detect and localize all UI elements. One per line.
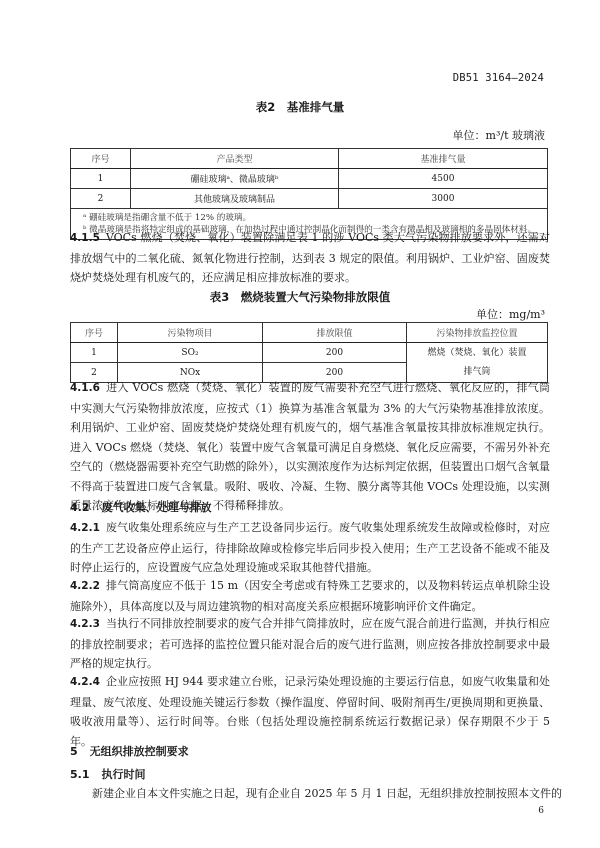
row-value: 4500 <box>339 169 548 189</box>
section-title: 执行时间 <box>102 768 146 781</box>
table3: 序号 污染物项目 排放限值 污染物排放监控位置 1 SO₂ 200 燃烧（焚烧、… <box>70 322 548 383</box>
table3-unit: 单位：mg/m³ <box>476 306 545 322</box>
row-monitor-location: 燃烧（焚烧、氧化）装置 排气筒 <box>407 343 548 383</box>
row-type: 其他玻璃及玻璃制品 <box>131 189 339 209</box>
document-id: DB51 3164—2024 <box>453 72 544 84</box>
paragraph-4-2-1: 4.2.1废气收集处理系统应与生产工艺设备同步运行。废气收集处理系统发生故障或检… <box>70 518 550 578</box>
row-no: 1 <box>71 169 131 189</box>
table3-col-no: 序号 <box>71 323 118 343</box>
clause-text: VOCs 燃烧（焚烧、氧化）装置除满足表 1 的涉 VOCs 类大气污染物排放要… <box>70 231 550 284</box>
table2-col-value: 基准排气量 <box>339 149 548 169</box>
clause-number: 4.1.6 <box>70 382 100 394</box>
table2-unit: 单位：m³/t 玻璃液 <box>453 127 545 143</box>
table-row: 1 SO₂ 200 燃烧（焚烧、氧化）装置 排气筒 <box>71 343 548 363</box>
table2-col-type: 产品类型 <box>131 149 339 169</box>
section-heading-4-2: 4.2废气收集、处理与排放 <box>70 499 212 515</box>
paragraph-4-1-6: 4.1.6进入 VOCs 燃烧（焚烧、氧化）装置的废气需要补充空气进行燃烧、氧化… <box>70 378 550 516</box>
row-limit: 200 <box>263 343 407 363</box>
section-heading-5: 5无组织排放控制要求 <box>70 743 189 759</box>
clause-number: 4.2.2 <box>70 580 100 592</box>
row-type: 硼硅玻璃ᵃ、微晶玻璃ᵇ <box>131 169 339 189</box>
table2-note-a: ᵃ 硼硅玻璃是指硼含量不低于 12% 的玻璃。 <box>83 212 541 224</box>
clause-text: 当执行不同排放控制要求的废气合并排气筒排放时，应在废气混合前进行监测，并执行相应… <box>70 617 550 670</box>
table3-col-item: 污染物项目 <box>118 323 263 343</box>
paragraph-4-2-3: 4.2.3当执行不同排放控制要求的废气合并排气筒排放时，应在废气混合前进行监测，… <box>70 614 550 674</box>
table2: 序号 产品类型 基准排气量 1 硼硅玻璃ᵃ、微晶玻璃ᵇ 4500 2 其他玻璃及… <box>70 148 548 240</box>
section-number: 4.2 <box>70 501 90 514</box>
table2-header-row: 序号 产品类型 基准排气量 <box>71 149 548 169</box>
page-number: 6 <box>538 806 544 816</box>
row-no: 1 <box>71 343 118 363</box>
row-item: SO₂ <box>118 343 263 363</box>
section-heading-5-1: 5.1执行时间 <box>70 766 146 782</box>
monitor-location-line1: 燃烧（焚烧、氧化）装置 <box>407 344 547 363</box>
table2-col-no: 序号 <box>71 149 131 169</box>
table3-title: 表3 燃烧装置大气污染物排放限值 <box>0 289 600 305</box>
paragraph-4-2-4: 4.2.4企业应按照 HJ 944 要求建立台账，记录污染处理设施的主要运行信息… <box>70 672 550 751</box>
clause-number: 4.2.1 <box>70 522 100 534</box>
clause-text: 排气筒高度应不低于 15 m（因安全考虑或有特殊工艺要求的，以及物料转运点单机除… <box>70 579 550 613</box>
table2-title: 表2 基准排气量 <box>0 99 600 115</box>
table3-col-limit: 排放限值 <box>263 323 407 343</box>
clause-text: 企业应按照 HJ 944 要求建立台账，记录污染处理设施的主要运行信息，如废气收… <box>70 675 550 748</box>
paragraph-4-1-5: 4.1.5VOCs 燃烧（焚烧、氧化）装置除满足表 1 的涉 VOCs 类大气污… <box>70 228 550 288</box>
clause-number: 4.2.3 <box>70 618 100 630</box>
row-value: 3000 <box>339 189 548 209</box>
section-number: 5.1 <box>70 768 90 781</box>
clause-number: 4.1.5 <box>70 232 100 244</box>
section-title: 废气收集、处理与排放 <box>102 501 212 514</box>
table3-col-location: 污染物排放监控位置 <box>407 323 548 343</box>
section-title: 无组织排放控制要求 <box>90 745 189 758</box>
paragraph-5-1: 新建企业自本文件实施之日起，现有企业自 2025 年 5 月 1 日起，无组织排… <box>70 784 550 804</box>
table3-header-row: 序号 污染物项目 排放限值 污染物排放监控位置 <box>71 323 548 343</box>
row-no: 2 <box>71 189 131 209</box>
clause-text: 废气收集处理系统应与生产工艺设备同步运行。废气收集处理系统发生故障或检修时，对应… <box>70 521 550 574</box>
table-row: 2 其他玻璃及玻璃制品 3000 <box>71 189 548 209</box>
table-row: 1 硼硅玻璃ᵃ、微晶玻璃ᵇ 4500 <box>71 169 548 189</box>
clause-number: 4.2.4 <box>70 676 100 688</box>
section-number: 5 <box>70 745 78 758</box>
paragraph-4-2-2: 4.2.2排气筒高度应不低于 15 m（因安全考虑或有特殊工艺要求的，以及物料转… <box>70 576 550 616</box>
clause-text: 进入 VOCs 燃烧（焚烧、氧化）装置的废气需要补充空气进行燃烧、氧化反应的，排… <box>70 381 550 512</box>
